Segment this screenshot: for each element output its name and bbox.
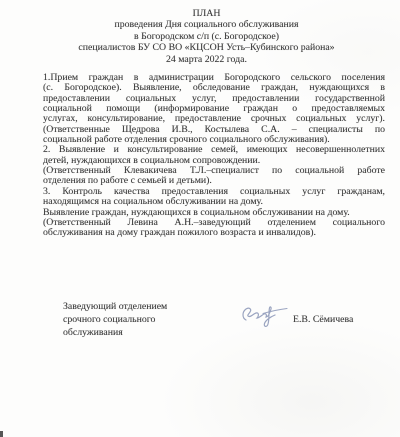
body-line: находящимся на социальном обслуживании н…: [43, 197, 385, 207]
document-page: ПЛАН проведения Дня социального обслужив…: [0, 0, 400, 437]
doc-subtitle-line: в Богородском с/п (с. Богородское): [43, 31, 370, 42]
signature-block: Заведующий отделением срочного социально…: [0, 300, 400, 339]
signature-position-line: Заведующий отделением: [63, 300, 215, 313]
signature-position-title: Заведующий отделением срочного социально…: [63, 300, 215, 339]
signature-scribble-icon: [237, 299, 289, 329]
doc-body: 1.Прием граждан в администрации Богородс…: [0, 73, 400, 239]
signature-position-line: срочного социального обслуживания: [63, 313, 215, 339]
doc-title: ПЛАН: [43, 8, 370, 19]
body-line: обслуживания на дому граждан пожилого во…: [43, 228, 385, 238]
doc-subtitle-line: проведения Дня социального обслуживания: [43, 19, 370, 30]
doc-header: ПЛАН проведения Дня социального обслужив…: [0, 0, 400, 65]
doc-date-line: 24 марта 2022 года.: [43, 54, 370, 65]
signature-name: Е.В. Сёмичева: [293, 313, 353, 326]
doc-subtitle-line: специалистов БУ СО ВО «КЦСОН Усть–Кубинс…: [43, 42, 370, 53]
scan-artifact: [0, 431, 3, 437]
